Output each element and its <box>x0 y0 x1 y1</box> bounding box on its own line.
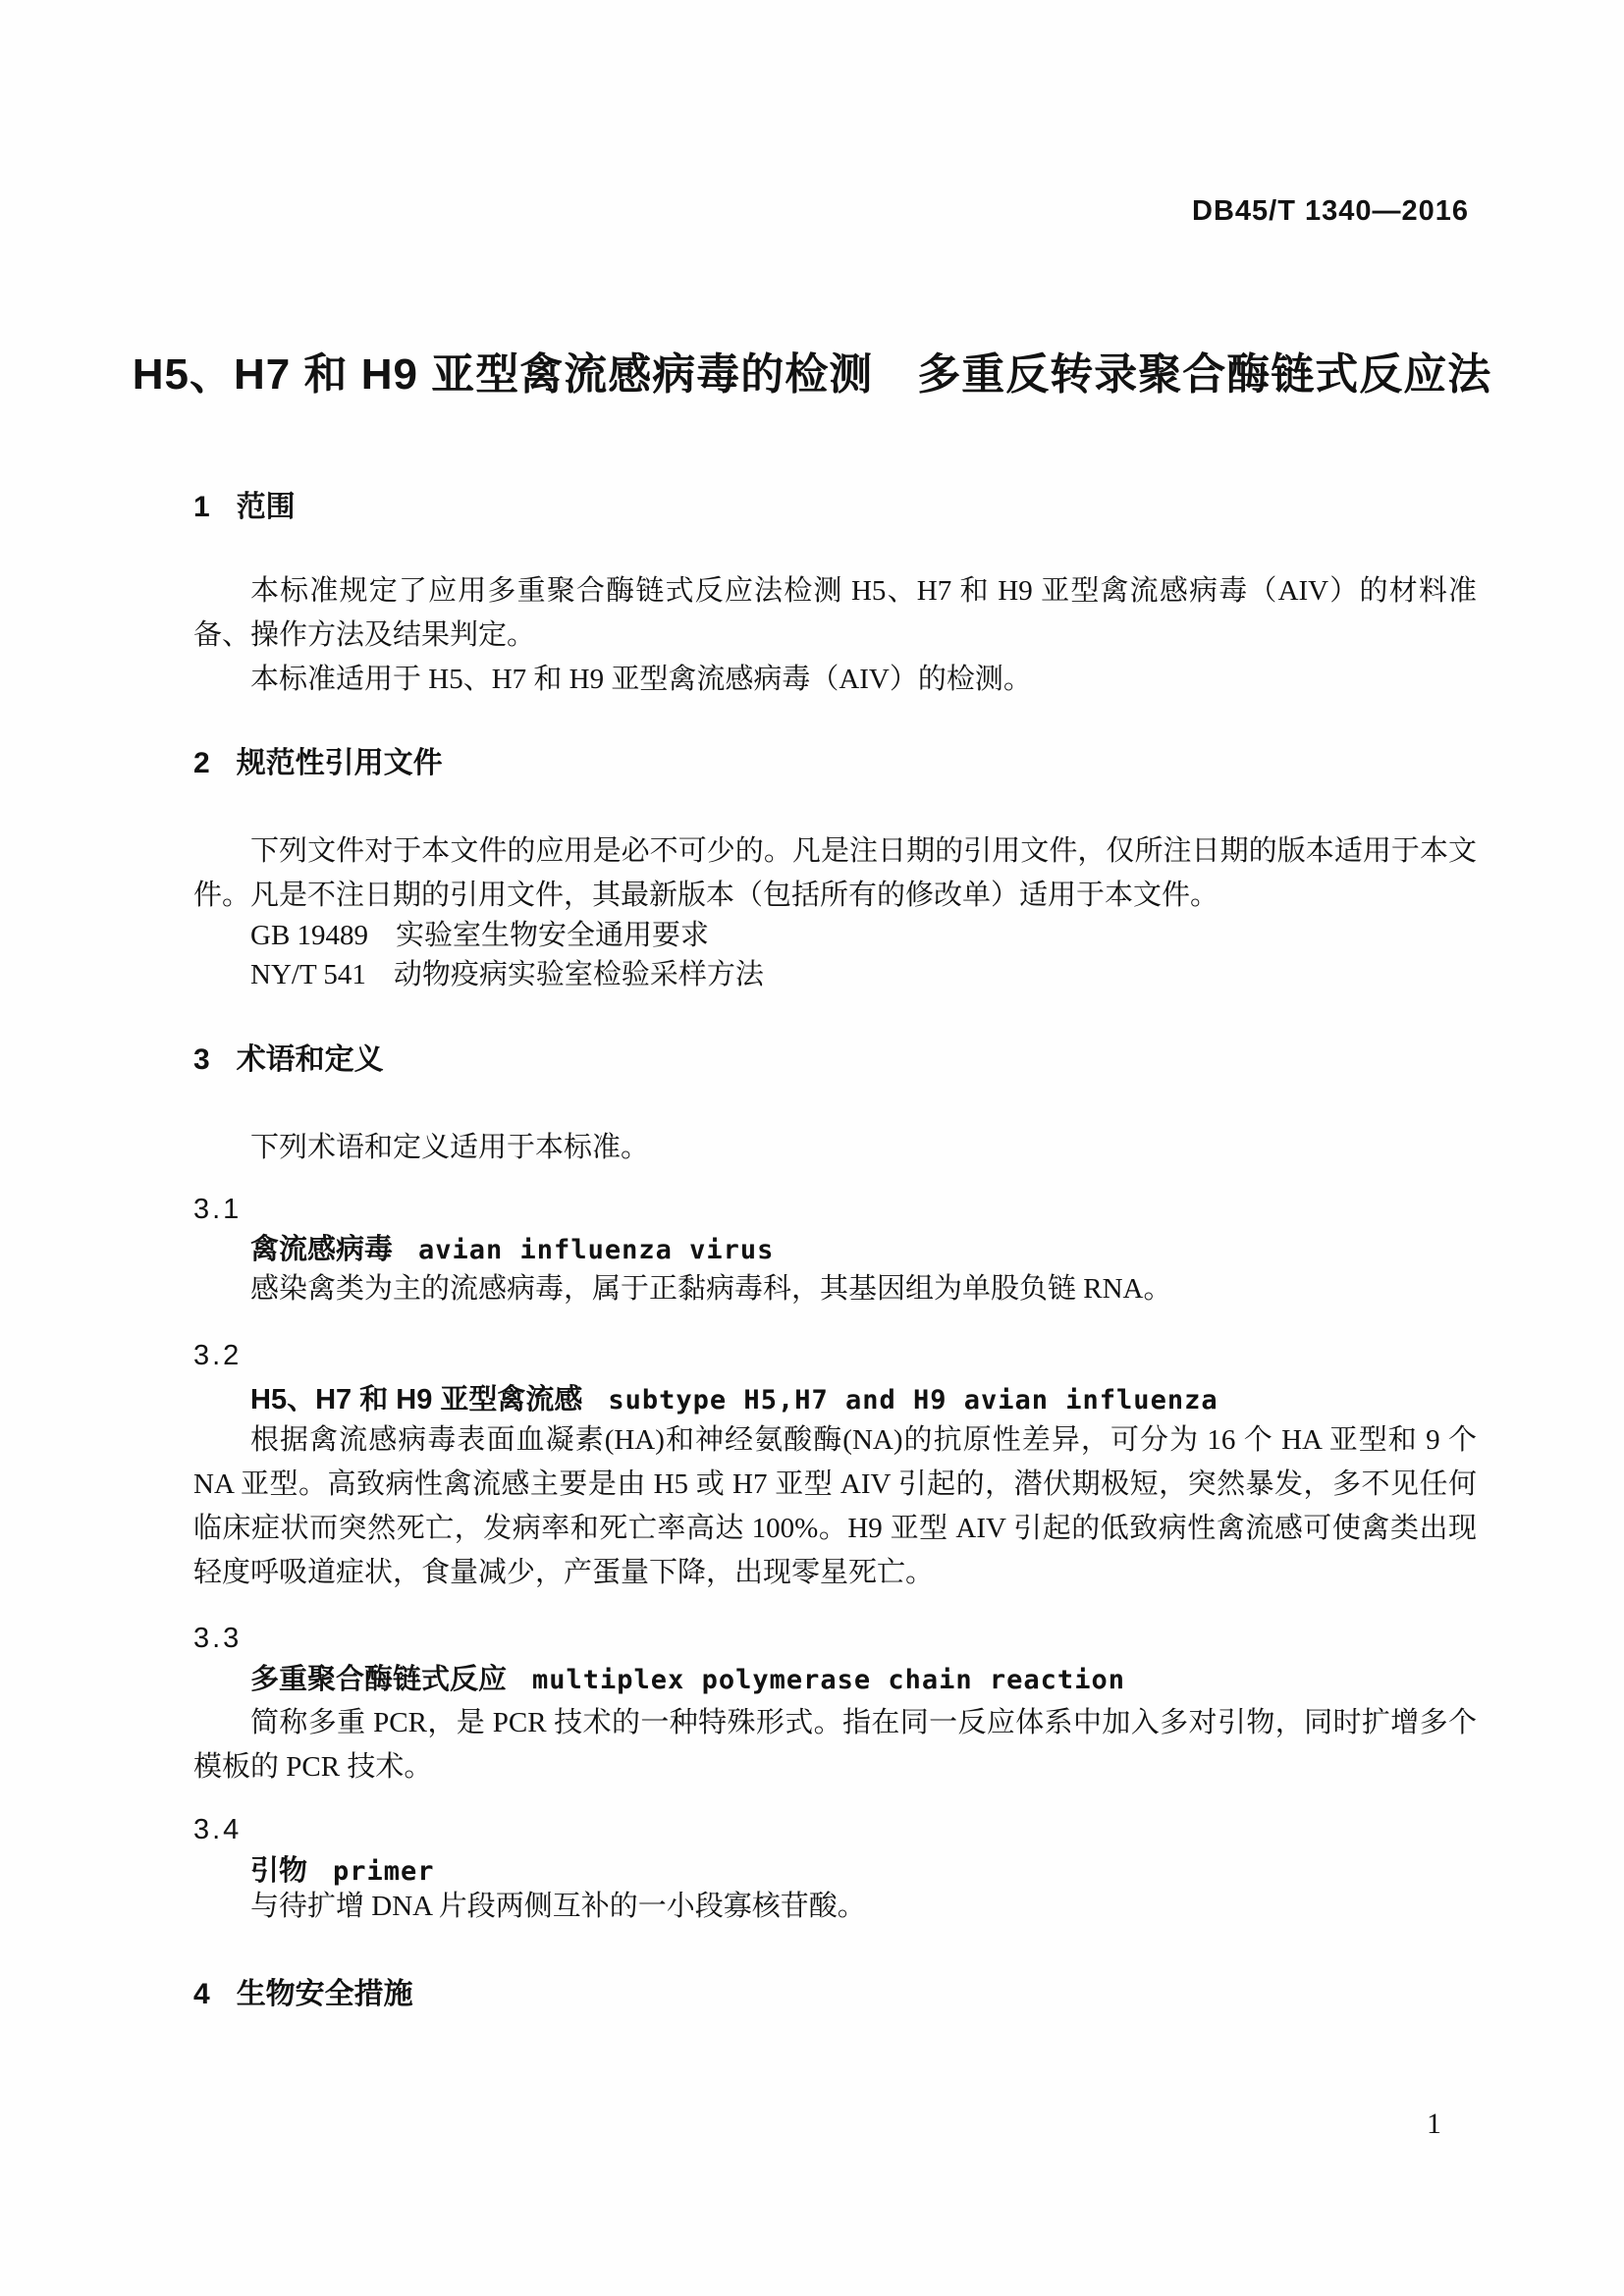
term-3-2-definition: 根据禽流感病毒表面血凝素(HA)和神经氨酸酶(NA)的抗原性差异，可分为 16 … <box>193 1418 1477 1595</box>
clause-3-2-number: 3.2 <box>193 1336 242 1375</box>
page-number: 1 <box>1427 2107 1441 2142</box>
scope-paragraph-1: 本标准规定了应用多重聚合酶链式反应法检测 H5、H7 和 H9 亚型禽流感病毒（… <box>193 569 1477 658</box>
term-3-1-definition: 感染禽类为主的流感病毒，属于正黏病毒科，其基因组为单股负链 RNA。 <box>193 1267 1477 1311</box>
section-2-number: 2 <box>193 744 210 783</box>
section-1-title: 范围 <box>237 491 296 523</box>
standard-code: DB45/T 1340—2016 <box>1192 195 1469 227</box>
term-3-4-name-en: primer <box>333 1856 435 1887</box>
term-3-2-name-zh: H5、H7 和 H9 亚型禽流感 <box>250 1384 582 1415</box>
section-3-title: 术语和定义 <box>237 1043 384 1076</box>
term-3-2-name-en: subtype H5,H7 and H9 avian influenza <box>608 1385 1218 1415</box>
document-page: DB45/T 1340—2016 H5、H7 和 H9 亚型禽流感病毒的检测 多… <box>0 0 1624 2296</box>
reference-item-2: NY/T 541动物疫病实验室检验采样方法 <box>193 953 1477 997</box>
section-4-heading: 4生物安全措施 <box>193 1975 1477 2014</box>
section-2-title: 规范性引用文件 <box>237 747 443 779</box>
normative-refs-paragraph: 下列文件对于本文件的应用是必不可少的。凡是注日期的引用文件，仅所注日期的版本适用… <box>193 829 1477 918</box>
section-4-title: 生物安全措施 <box>237 1978 413 2010</box>
reference-1-title: 实验室生物安全通用要求 <box>396 920 709 951</box>
section-4-number: 4 <box>193 1975 210 2014</box>
term-3-3-name-en: multiplex polymerase chain reaction <box>532 1665 1125 1695</box>
term-3-1-name-en: avian influenza virus <box>418 1235 774 1265</box>
section-1-heading: 1范围 <box>193 488 1477 527</box>
section-2-heading: 2规范性引用文件 <box>193 744 1477 783</box>
reference-2-title: 动物疫病实验室检验采样方法 <box>394 959 764 990</box>
term-3-3-name: 多重聚合酶链式反应multiplex polymerase chain reac… <box>193 1659 1477 1705</box>
term-3-4-definition: 与待扩增 DNA 片段两侧互补的一小段寡核苷酸。 <box>193 1885 1477 1929</box>
terms-intro-paragraph: 下列术语和定义适用于本标准。 <box>193 1126 1477 1170</box>
reference-1-code: GB 19489 <box>250 920 368 951</box>
clause-3-4-number: 3.4 <box>193 1810 242 1849</box>
document-title: H5、H7 和 H9 亚型禽流感病毒的检测 多重反转录聚合酶链式反应法 <box>79 348 1545 401</box>
term-3-4-name-zh: 引物 <box>250 1855 307 1887</box>
term-3-3-definition: 简称多重 PCR，是 PCR 技术的一种特殊形式。指在同一反应体系中加入多对引物… <box>193 1701 1477 1789</box>
scope-paragraph-2: 本标准适用于 H5、H7 和 H9 亚型禽流感病毒（AIV）的检测。 <box>193 658 1477 702</box>
term-3-3-name-zh: 多重聚合酶链式反应 <box>250 1664 507 1695</box>
term-3-1-name-zh: 禽流感病毒 <box>250 1234 393 1265</box>
clause-3-3-number: 3.3 <box>193 1619 242 1658</box>
section-3-number: 3 <box>193 1041 210 1080</box>
section-3-heading: 3术语和定义 <box>193 1041 1477 1080</box>
reference-2-code: NY/T 541 <box>250 959 366 990</box>
section-1-number: 1 <box>193 488 210 527</box>
clause-3-1-number: 3.1 <box>193 1190 242 1229</box>
reference-item-1: GB 19489实验室生物安全通用要求 <box>193 914 1477 958</box>
